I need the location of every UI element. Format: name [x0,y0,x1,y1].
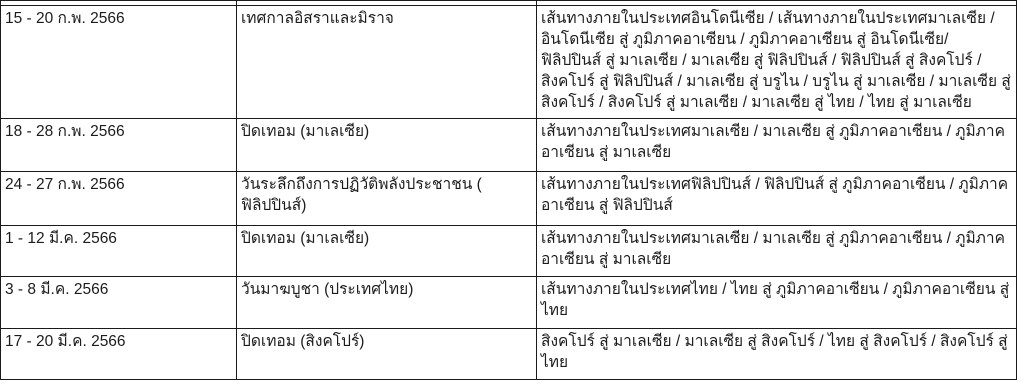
table-row: 18 - 28 ก.พ. 2566 ปิดเทอม (มาเลเซีย) เส้… [1,119,1017,172]
date-cell: 18 - 28 ก.พ. 2566 [1,119,237,172]
routes-cell: เส้นทางภายในประเทศอินโดนีเซีย / เส้นทางภ… [537,6,1017,119]
routes-cell: เส้นทางภายในประเทศไทย / ไทย สู่ ภูมิภาคอ… [537,277,1017,329]
routes-cell: เส้นทางภายในประเทศฟิลิปปินส์ / ฟิลิปปินส… [537,172,1017,226]
event-cell: ปิดเทอม (มาเลเซีย) [237,119,537,172]
table-row: 24 - 27 ก.พ. 2566 วันระลึกถึงการปฏิวัติพ… [1,172,1017,226]
date-cell: 1 - 12 มี.ค. 2566 [1,226,237,277]
table-row: 1 - 12 มี.ค. 2566 ปิดเทอม (มาเลเซีย) เส้… [1,226,1017,277]
date-cell: 15 - 20 ก.พ. 2566 [1,6,237,119]
holiday-travel-schedule-table: 15 - 20 ก.พ. 2566 เทศกาลอิสราและมิราจ เส… [0,0,1017,380]
event-cell: วันระลึกถึงการปฏิวัติพลังประชาชน ( ฟิลิป… [237,172,537,226]
event-cell: ปิดเทอม (มาเลเซีย) [237,226,537,277]
event-cell: วันมาฆบูชา (ประเทศไทย) [237,277,537,329]
routes-cell: สิงคโปร์ สู่ มาเลเซีย / มาเลเซีย สู่ สิง… [537,329,1017,380]
table-row: 3 - 8 มี.ค. 2566 วันมาฆบูชา (ประเทศไทย) … [1,277,1017,329]
event-cell: เทศกาลอิสราและมิราจ [237,6,537,119]
routes-cell: เส้นทางภายในประเทศมาเลเซีย / มาเลเซีย สู… [537,226,1017,277]
date-cell: 24 - 27 ก.พ. 2566 [1,172,237,226]
table-row: 17 - 20 มี.ค. 2566 ปิดเทอม (สิงคโปร์) สิ… [1,329,1017,380]
table-row: 15 - 20 ก.พ. 2566 เทศกาลอิสราและมิราจ เส… [1,6,1017,119]
routes-cell: เส้นทางภายในประเทศมาเลเซีย / มาเลเซีย สู… [537,119,1017,172]
date-cell: 3 - 8 มี.ค. 2566 [1,277,237,329]
event-cell: ปิดเทอม (สิงคโปร์) [237,329,537,380]
document-page: 15 - 20 ก.พ. 2566 เทศกาลอิสราและมิราจ เส… [0,0,1024,387]
date-cell: 17 - 20 มี.ค. 2566 [1,329,237,380]
